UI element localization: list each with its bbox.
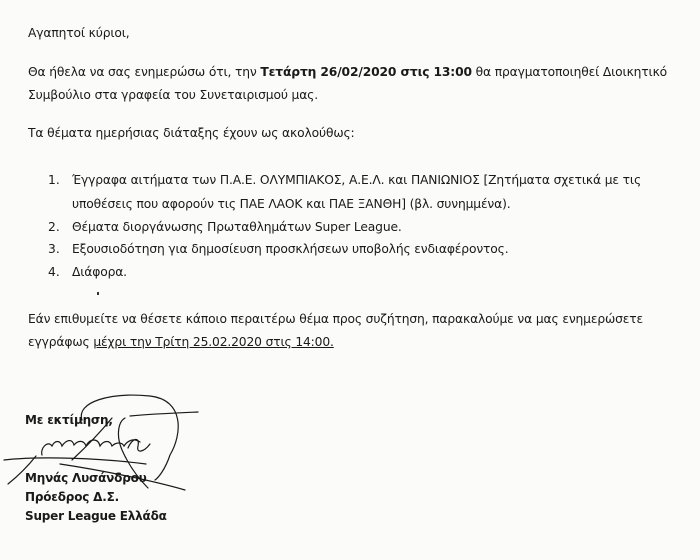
intro-line-2: Συμβούλιο στα γραφεία του Συνεταιρισμού … [28,87,318,103]
signatory-name: Μηνάς Λυσάνδρου [25,470,147,486]
intro-line-1: Θα ήθελα να σας ενημερώσω ότι, την Τετάρ… [28,64,667,80]
agenda-item-text: Διάφορα. [72,264,127,280]
scan-speck [97,292,99,295]
request-deadline: μέχρι την Τρίτη 25.02.2020 στις 14:00. [93,335,333,349]
greeting: Αγαπητοί κύριοι, [28,25,130,41]
signatory-title: Πρόεδρος Δ.Σ. [25,489,119,505]
agenda-item-text: Έγγραφα αιτήματα των Π.Α.Ε. ΟΛΥΜΠΙΑΚΟΣ, … [72,172,641,188]
agenda-item-number: 4. [48,264,60,280]
agenda-item-text: Θέματα διοργάνωσης Πρωταθλημάτων Super L… [72,219,402,235]
intro-text-post: θα πραγματοποιηθεί Διοικητικό [472,65,667,79]
request-line-1: Εάν επιθυμείτε να θέσετε κάποιο περαιτέρ… [28,311,643,327]
agenda-intro: Τα θέματα ημερήσιας διάταξης έχουν ως ακ… [28,125,355,141]
agenda-item-text-cont: υποθέσεις που αφορούν τις ΠΑΕ ΛΑΟΚ και Π… [72,196,511,212]
request-text-pre: εγγράφως [28,335,93,349]
signatory-organization: Super League Ελλάδα [25,508,167,524]
meeting-datetime: Τετάρτη 26/02/2020 στις 13:00 [260,65,472,79]
agenda-item-number: 2. [48,219,60,235]
closing-salutation: Με εκτίμηση, [25,412,113,428]
agenda-item-number: 1. [48,172,60,188]
agenda-item-number: 3. [48,241,60,257]
intro-text-pre: Θα ήθελα να σας ενημερώσω ότι, την [28,65,260,79]
request-line-2: εγγράφως μέχρι την Τρίτη 25.02.2020 στις… [28,334,334,350]
agenda-item-text: Εξουσιοδότηση για δημοσίευση προσκλήσεων… [72,241,509,257]
